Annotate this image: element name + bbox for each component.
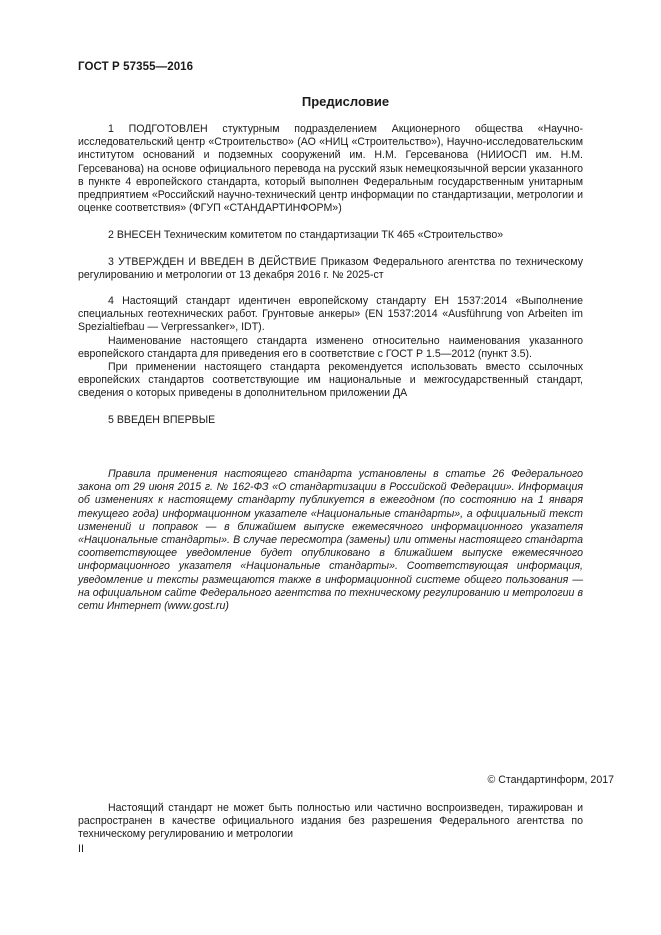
copyright-line: © Стандартинформ, 2017 (488, 774, 614, 786)
paragraph-1-block: 1 ПОДГОТОВЛЕН стуктурным подразделением … (78, 123, 583, 215)
section-title: Предисловие (0, 94, 661, 109)
paragraph-3-block: 3 УТВЕРЖДЕН И ВВЕДЕН В ДЕЙСТВИЕ Приказом… (78, 256, 583, 282)
document-id: ГОСТ Р 57355—2016 (78, 61, 193, 73)
paragraph-4-block: 4 Настоящий стандарт идентичен европейск… (78, 295, 583, 401)
rights-text: Настоящий стандарт не может быть полност… (78, 802, 583, 842)
paragraph-references: При применении настоящего стандарта реко… (78, 361, 583, 401)
document-page: ГОСТ Р 57355—2016 Предисловие 1 ПОДГОТОВ… (0, 0, 661, 935)
notice-block: Правила применения настоящего стандарта … (78, 468, 583, 613)
paragraph-2-block: 2 ВНЕСЕН Техническим комитетом по станда… (78, 229, 583, 242)
paragraph-approved: 3 УТВЕРЖДЕН И ВВЕДЕН В ДЕЙСТВИЕ Приказом… (78, 256, 583, 282)
notice-text: Правила применения настоящего стандарта … (78, 468, 583, 613)
paragraph-5-block: 5 ВВЕДЕН ВПЕРВЫЕ (78, 414, 583, 427)
page-number: II (78, 843, 84, 855)
paragraph-name-changed: Наименование настоящего стандарта измене… (78, 335, 583, 361)
paragraph-prepared: 1 ПОДГОТОВЛЕН стуктурным подразделением … (78, 123, 583, 215)
rights-block: Настоящий стандарт не может быть полност… (78, 802, 583, 842)
paragraph-identical: 4 Настоящий стандарт идентичен европейск… (78, 295, 583, 335)
paragraph-first-time: 5 ВВЕДЕН ВПЕРВЫЕ (78, 414, 583, 427)
paragraph-introduced: 2 ВНЕСЕН Техническим комитетом по станда… (78, 229, 583, 242)
